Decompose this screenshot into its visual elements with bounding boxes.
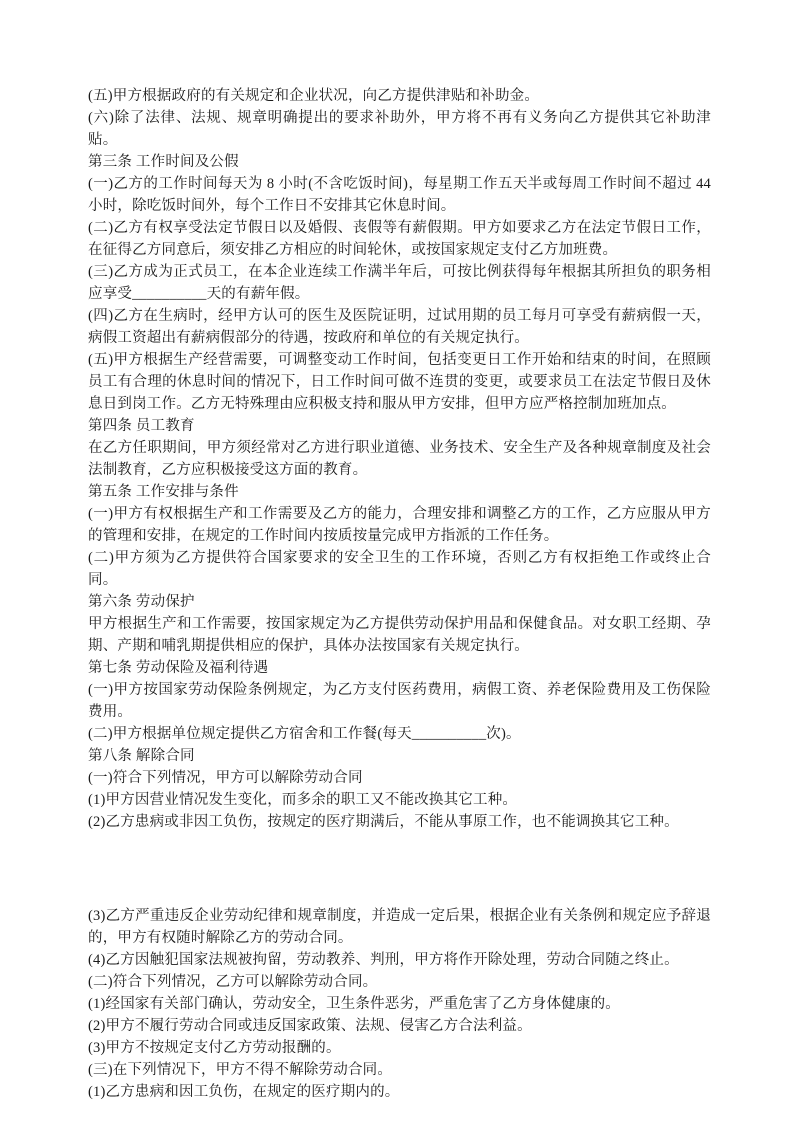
paragraph: (三)乙方成为正式员工，在本企业连续工作满半年后，可按比例获得每年根据其所担负的…: [88, 261, 711, 305]
paragraph-gap: [88, 833, 711, 905]
paragraph: (五)甲方根据生产经营需要，可调整变动工作时间，包括变更日工作开始和结束的时间，…: [88, 349, 711, 415]
paragraph: 第四条 员工教育: [88, 415, 711, 437]
paragraph: (二)甲方须为乙方提供符合国家要求的安全卫生的工作环境，否则乙方有权拒绝工作或终…: [88, 547, 711, 591]
paragraph: (二)符合下列情况，乙方可以解除劳动合同。: [88, 971, 711, 993]
paragraph: (4)乙方因触犯国家法规被拘留，劳动教养、判刑，甲方将作开除处理，劳动合同随之终…: [88, 949, 711, 971]
paragraph: 第三条 工作时间及公假: [88, 151, 711, 173]
paragraph: (1)甲方因营业情况发生变化，而多余的职工又不能改换其它工种。: [88, 789, 711, 811]
paragraph: (一)甲方有权根据生产和工作需要及乙方的能力，合理安排和调整乙方的工作，乙方应服…: [88, 503, 711, 547]
paragraph: (2)乙方患病或非因工负伤，按规定的医疗期满后，不能从事原工作，也不能调换其它工…: [88, 811, 711, 833]
paragraph: (3)甲方不按规定支付乙方劳动报酬的。: [88, 1037, 711, 1059]
paragraph: (一)甲方按国家劳动保险条例规定，为乙方支付医药费用，病假工资、养老保险费用及工…: [88, 679, 711, 723]
paragraph: (一)符合下列情况，甲方可以解除劳动合同: [88, 767, 711, 789]
paragraph: (三)在下列情况下，甲方不得不解除劳动合同。: [88, 1059, 711, 1081]
paragraph: 第七条 劳动保险及福利待遇: [88, 657, 711, 679]
paragraph: (六)除了法律、法规、规章明确提出的要求补助外，甲方将不再有义务向乙方提供其它补…: [88, 107, 711, 151]
document-page: (五)甲方根据政府的有关规定和企业状况，向乙方提供津贴和补助金。(六)除了法律、…: [0, 0, 793, 1122]
paragraph: 第八条 解除合同: [88, 745, 711, 767]
paragraph: (2)甲方不履行劳动合同或违反国家政策、法规、侵害乙方合法利益。: [88, 1015, 711, 1037]
paragraph: 第六条 劳动保护: [88, 591, 711, 613]
paragraph: (一)乙方的工作时间每天为 8 小时(不含吃饭时间)，每星期工作五天半或每周工作…: [88, 173, 711, 217]
paragraph: (五)甲方根据政府的有关规定和企业状况，向乙方提供津贴和补助金。: [88, 85, 711, 107]
paragraph: (1)经国家有关部门确认，劳动安全，卫生条件恶劣，严重危害了乙方身体健康的。: [88, 993, 711, 1015]
paragraph: (3)乙方严重违反企业劳动纪律和规章制度，并造成一定后果，根据企业有关条例和规定…: [88, 905, 711, 949]
contract-text-block-1: (五)甲方根据政府的有关规定和企业状况，向乙方提供津贴和补助金。(六)除了法律、…: [88, 85, 711, 833]
paragraph: (二)乙方有权享受法定节假日以及婚假、丧假等有薪假期。甲方如要求乙方在法定节假日…: [88, 217, 711, 261]
paragraph: (1)乙方患病和因工负伤，在规定的医疗期内的。: [88, 1081, 711, 1103]
paragraph: 甲方根据生产和工作需要，按国家规定为乙方提供劳动保护用品和保健食品。对女职工经期…: [88, 613, 711, 657]
paragraph: (四)乙方在生病时，经甲方认可的医生及医院证明，过试用期的员工每月可享受有薪病假…: [88, 305, 711, 349]
paragraph: 第五条 工作安排与条件: [88, 481, 711, 503]
contract-text-block-2: (3)乙方严重违反企业劳动纪律和规章制度，并造成一定后果，根据企业有关条例和规定…: [88, 905, 711, 1103]
paragraph: 在乙方任职期间，甲方须经常对乙方进行职业道德、业务技术、安全生产及各种规章制度及…: [88, 437, 711, 481]
paragraph: (二)甲方根据单位规定提供乙方宿舍和工作餐(每天__________次)。: [88, 723, 711, 745]
